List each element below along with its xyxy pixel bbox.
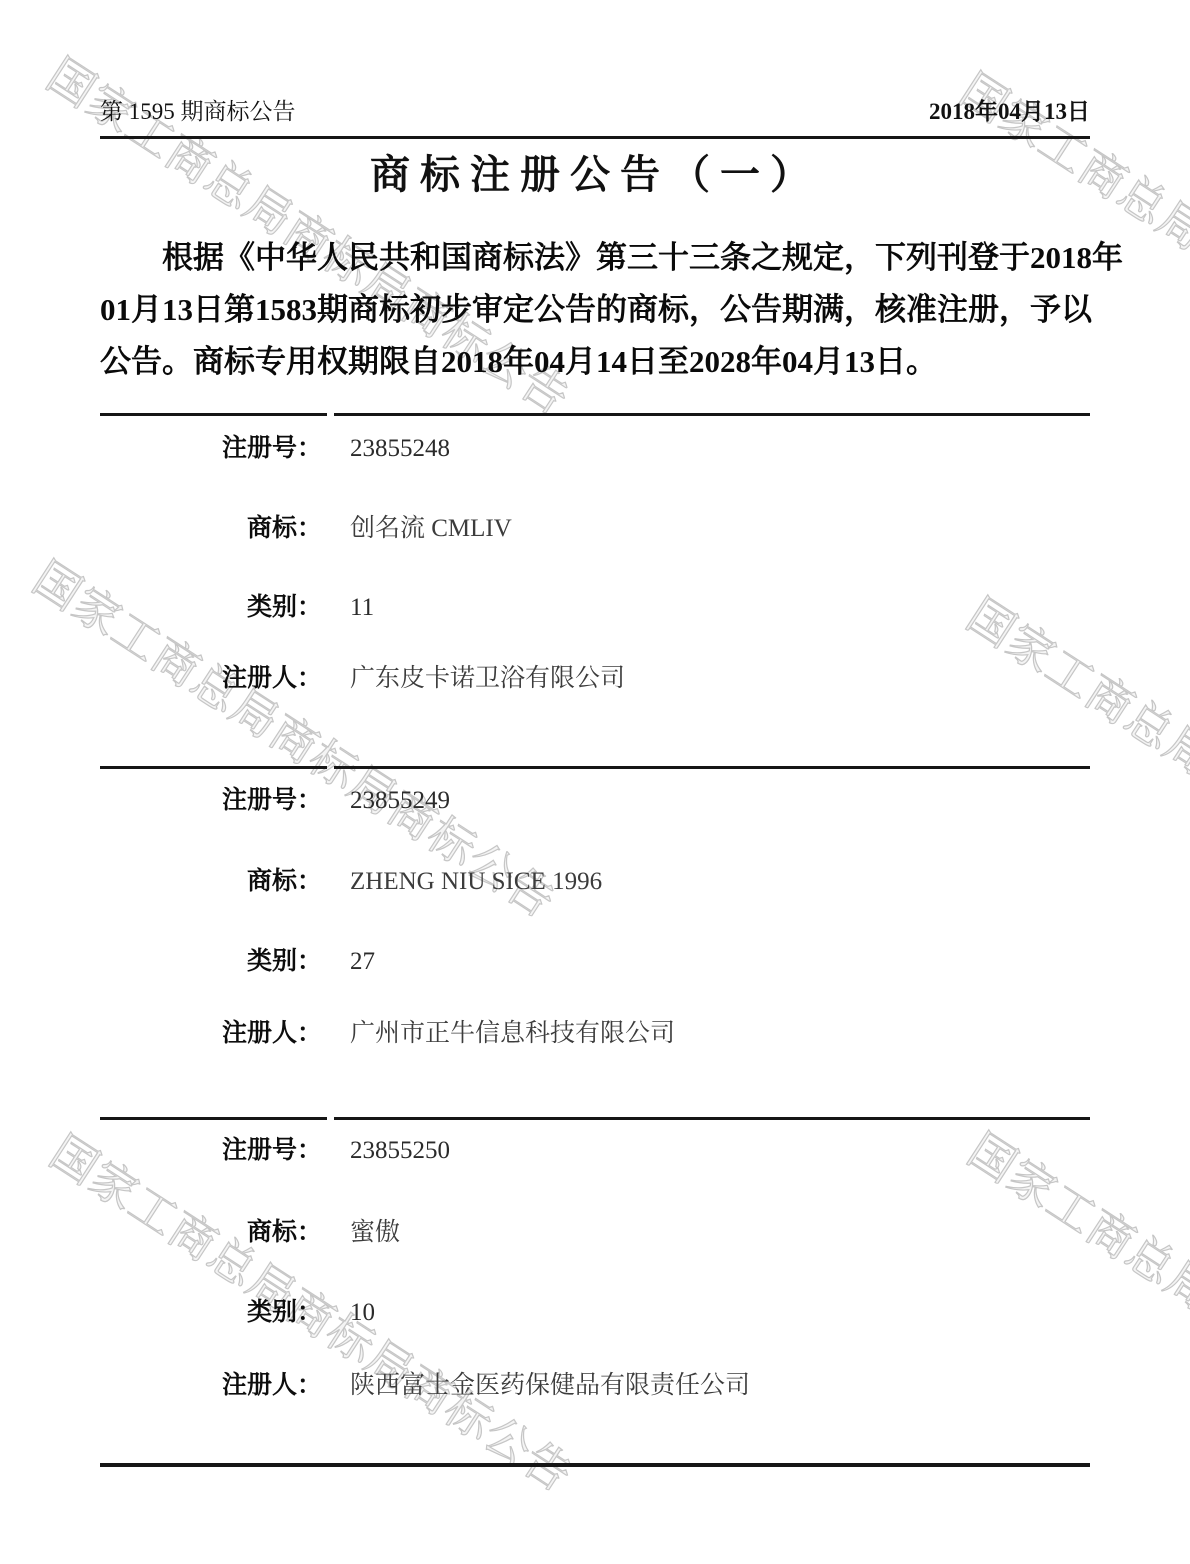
mark-row: 商标：创名流 CMLIV — [100, 508, 512, 548]
registrant-label: 注册人： — [100, 658, 322, 698]
registrant-value: 广州市正牛信息科技有限公司 — [350, 1020, 675, 1047]
gazette-page: 国家工商总局商标局商标公告 国家工商总局商标局商标公告 国家工商总局商标局商标公… — [0, 0, 1190, 1564]
entry-separator — [100, 413, 327, 416]
mark-label: 商标： — [100, 508, 322, 548]
reg-no-row: 注册号：23855249 — [100, 780, 450, 820]
reg-no-value: 23855248 — [350, 435, 450, 462]
mark-value: 创名流 CMLIV — [350, 515, 512, 542]
class-label: 类别： — [100, 941, 322, 981]
issue-number: 第 1595 期商标公告 — [100, 96, 296, 128]
gazette-date: 2018年04月13日 — [929, 96, 1090, 128]
reg-no-row: 注册号：23855250 — [100, 1130, 450, 1170]
watermark-text: 国家工商总局商标局商标公告 — [956, 580, 1190, 968]
mark-row: 商标：ZHENG NIU SICE 1996 — [100, 861, 602, 901]
class-value: 10 — [350, 1299, 375, 1326]
class-row: 类别：27 — [100, 941, 375, 981]
registrant-row: 注册人：广州市正牛信息科技有限公司 — [100, 1013, 675, 1053]
mark-value: 蜜傲 — [350, 1219, 400, 1246]
registrant-label: 注册人： — [100, 1013, 322, 1053]
registrant-row: 注册人：陕西富士金医药保健品有限责任公司 — [100, 1365, 750, 1405]
entry-separator — [100, 1117, 327, 1120]
reg-no-value: 23855250 — [350, 1137, 450, 1164]
class-label: 类别： — [100, 1292, 322, 1332]
entry-separator — [334, 766, 1090, 769]
entry-separator — [100, 766, 327, 769]
intro-line: 01月13日第1583期商标初步审定公告的商标，公告期满，核准注册，予以 — [100, 284, 1092, 336]
header-rule — [100, 136, 1090, 139]
bottom-rule — [100, 1463, 1090, 1467]
intro-line: 公告。商标专用权期限自2018年04月14日至2028年04月13日。 — [100, 336, 1092, 388]
mark-value: ZHENG NIU SICE 1996 — [350, 868, 602, 895]
watermark-text: 国家工商总局商标局商标公告 — [957, 1115, 1190, 1503]
entry-separator — [334, 413, 1090, 416]
reg-no-value: 23855249 — [350, 787, 450, 814]
registrant-value: 广东皮卡诺卫浴有限公司 — [350, 665, 625, 692]
reg-no-label: 注册号： — [100, 780, 322, 820]
registrant-value: 陕西富士金医药保健品有限责任公司 — [350, 1372, 750, 1399]
registrant-label: 注册人： — [100, 1365, 322, 1405]
page-title: 商标注册公告（一） — [100, 148, 1090, 202]
class-row: 类别：11 — [100, 587, 374, 627]
mark-row: 商标：蜜傲 — [100, 1212, 400, 1252]
mark-label: 商标： — [100, 861, 322, 901]
class-row: 类别：10 — [100, 1292, 375, 1332]
entry-separator — [334, 1117, 1090, 1120]
intro-line: 根据《中华人民共和国商标法》第三十三条之规定，下列刊登于2018年 — [100, 232, 1092, 284]
registrant-row: 注册人：广东皮卡诺卫浴有限公司 — [100, 658, 625, 698]
reg-no-label: 注册号： — [100, 1130, 322, 1170]
class-value: 11 — [350, 594, 374, 621]
mark-label: 商标： — [100, 1212, 322, 1252]
reg-no-row: 注册号：23855248 — [100, 428, 450, 468]
reg-no-label: 注册号： — [100, 428, 322, 468]
class-label: 类别： — [100, 587, 322, 627]
class-value: 27 — [350, 948, 375, 975]
